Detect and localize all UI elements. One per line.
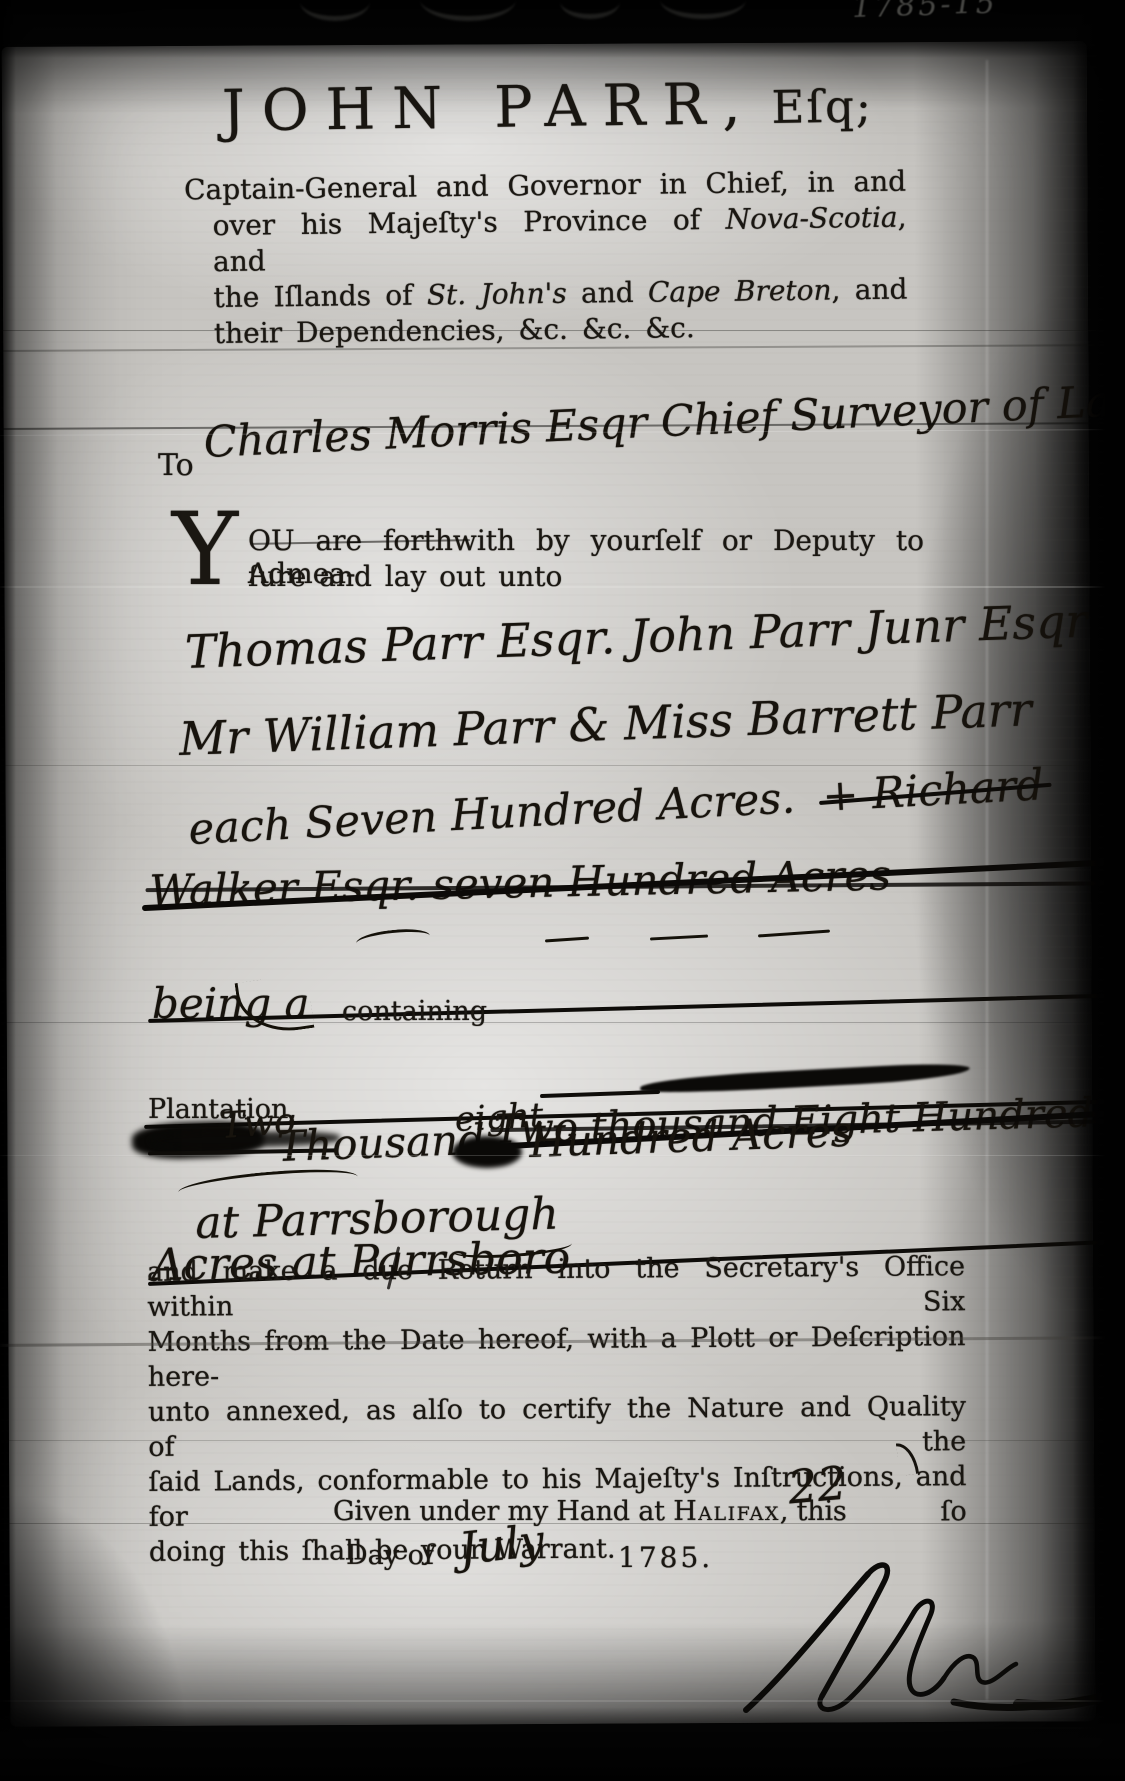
photo-right-border [1073,0,1125,1781]
archival-number: 1785-15 [851,0,998,26]
title-name: JOHN PARR, [222,71,758,144]
ink-blot [452,1136,522,1168]
governor-style-paragraph: Captain-General and Governor in Chief, i… [184,164,908,353]
dropcap-Y: Y [172,500,238,600]
signature-scrawl [718,1552,1118,1722]
cut-off-ink-fragment [660,0,746,19]
cut-off-ink-fragment [560,0,620,19]
photo-top-border: 1785-15 [0,0,1125,58]
address-line: over his Majeſty's Province of Nova-Scot… [212,200,907,280]
halifax-smallcaps: Halifax [673,1496,780,1527]
month-handwritten: July [457,1515,547,1575]
governor-signature: J Parr [718,1552,1118,1722]
cut-off-ink-fragment [300,0,370,21]
dateline-given: Given under my Hand at Halifax, this [333,1496,847,1527]
to-label: To [158,448,194,483]
photo-bottom-border [0,1707,1125,1781]
directive-line: ſure and lay out unto [248,560,562,593]
closing-line: Months from the Date hereof, with a Plot… [147,1319,965,1395]
document-title: JOHN PARR,Eſq; [140,68,956,145]
closing-line: and make a due Return into the Secretary… [147,1249,965,1325]
land-grant-warrant-photograph: JOHN PARR,Eſq; Captain-General and Gover… [0,0,1125,1781]
year-label: 1785. [618,1541,713,1574]
closing-line: unto annexed, as alſo to certify the Nat… [148,1389,966,1465]
title-honorific: Eſq; [771,79,873,133]
day-of-label: Day of [346,1540,434,1571]
cut-off-ink-fragment [420,0,516,21]
containing-label: containing [342,996,487,1027]
day-number-handwritten: 22 [786,1456,849,1515]
